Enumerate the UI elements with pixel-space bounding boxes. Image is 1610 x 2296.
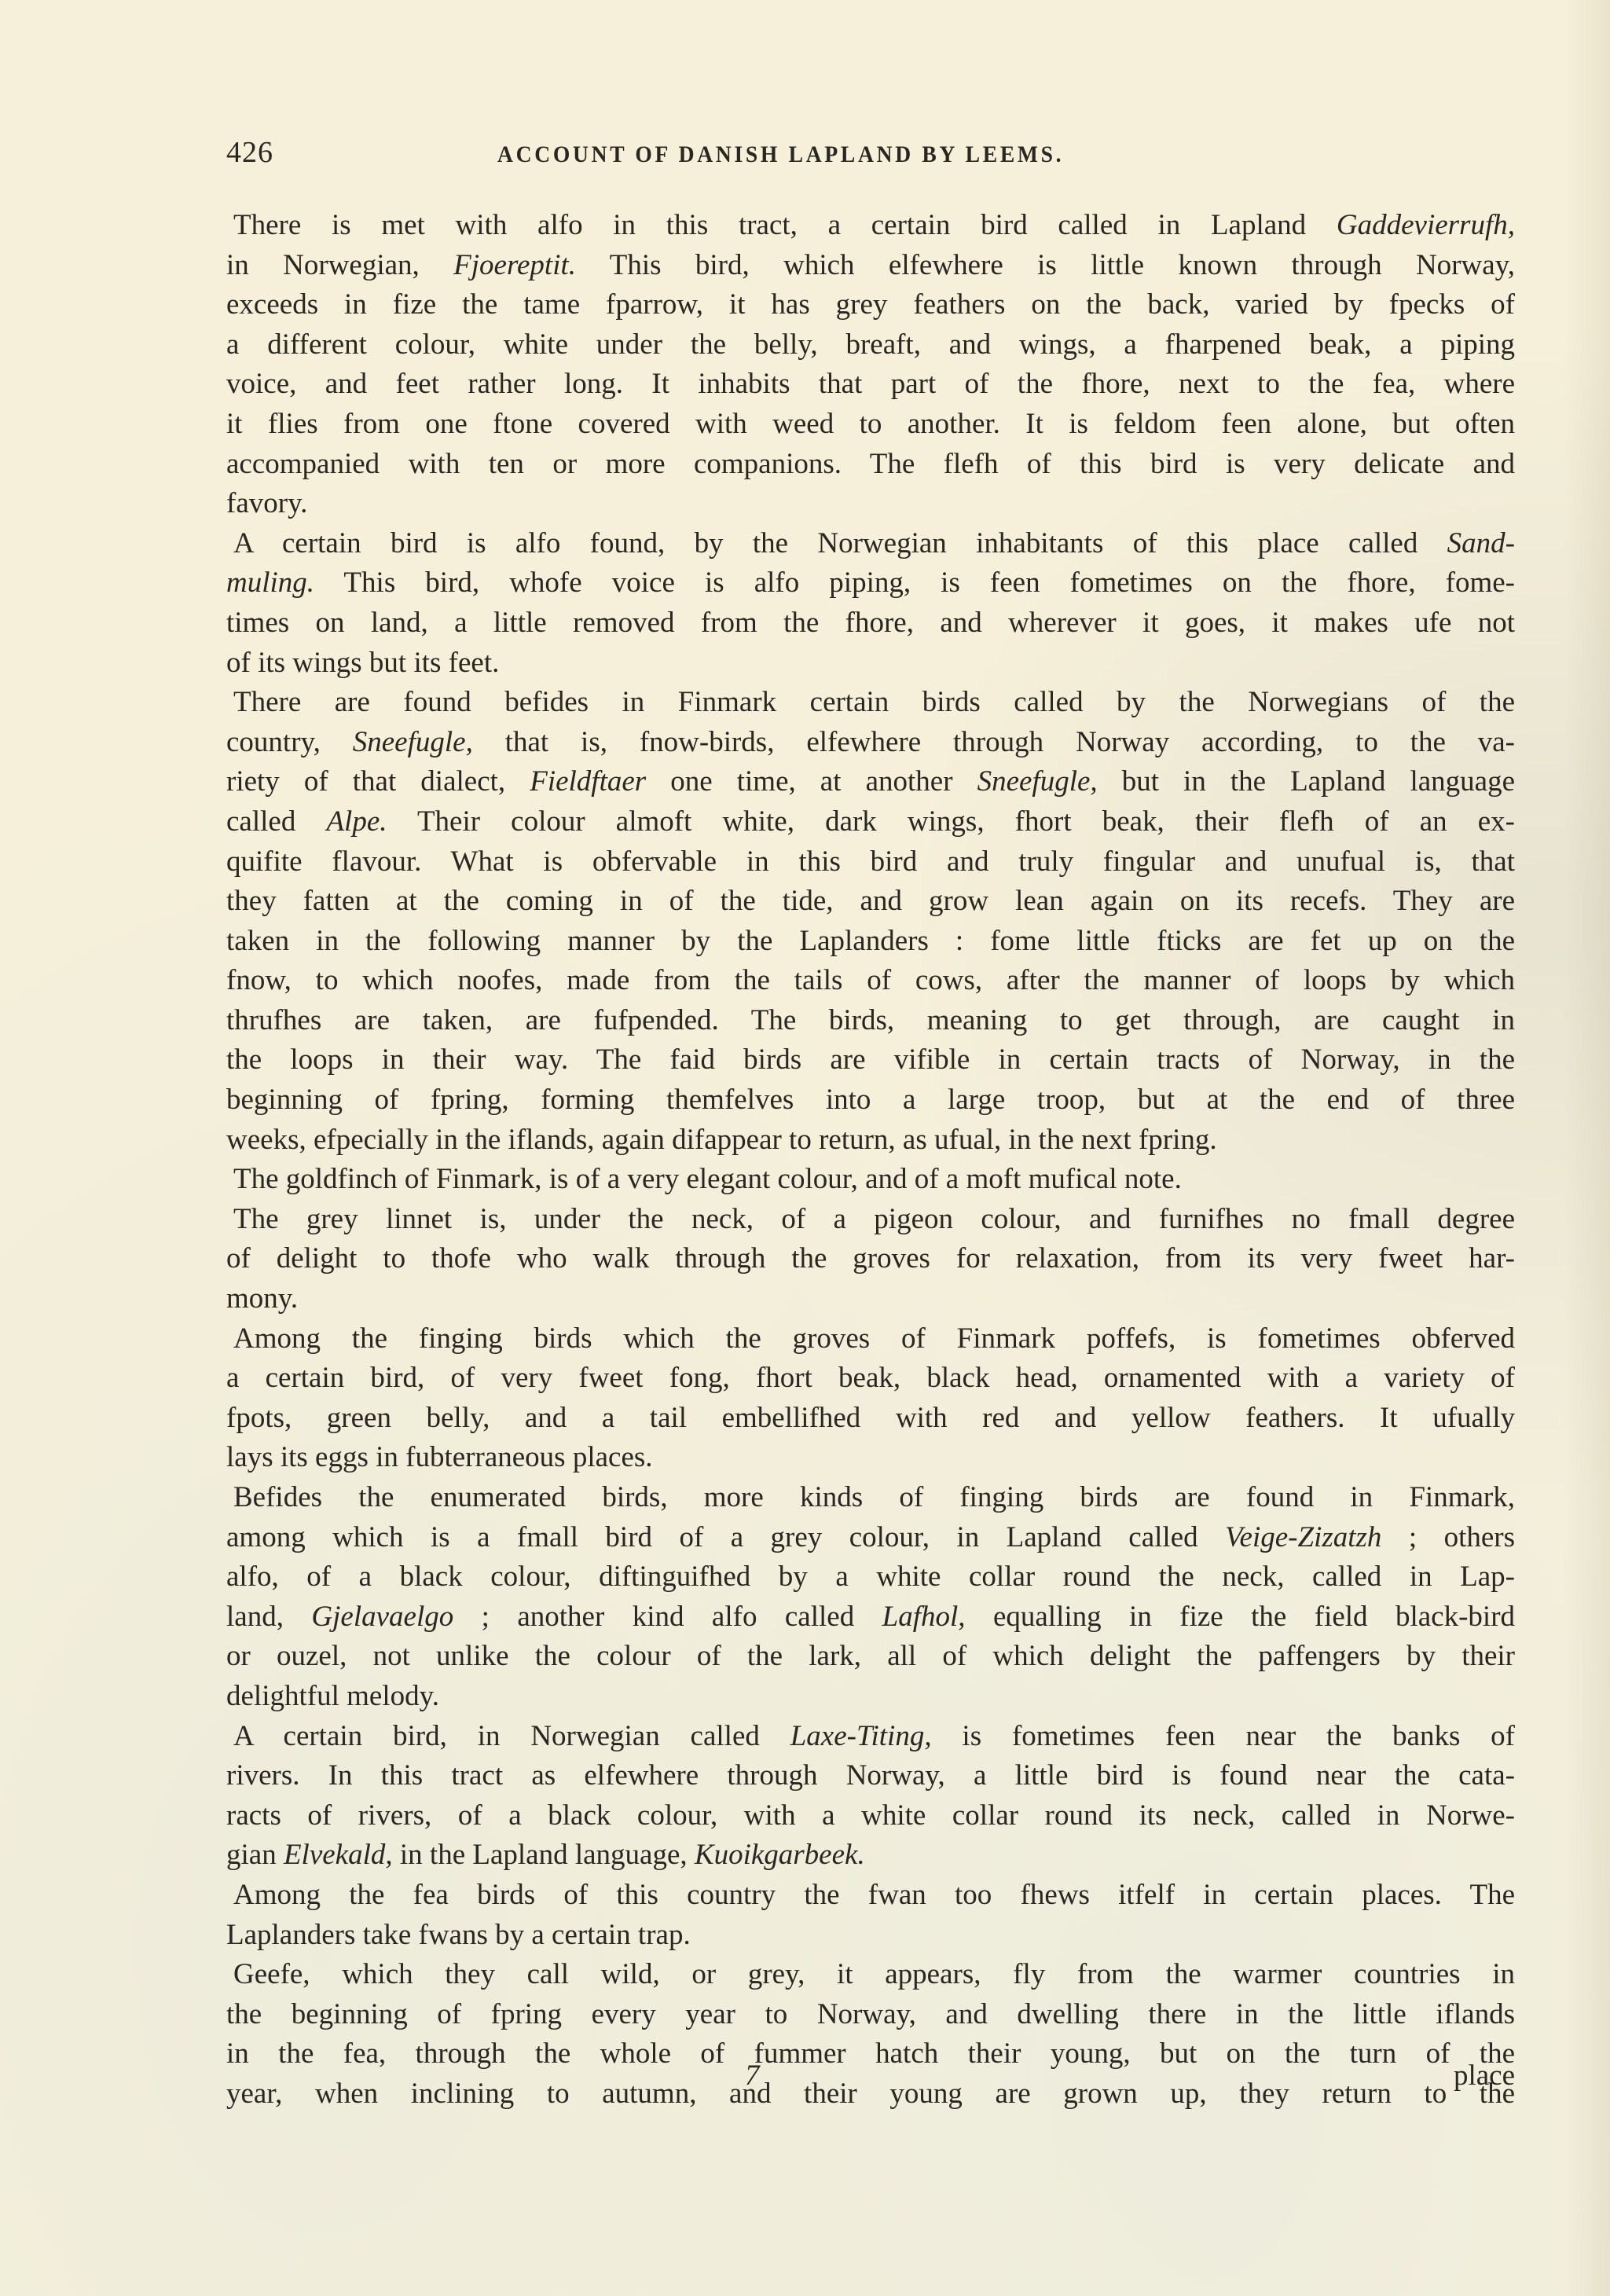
- text-line: The goldfinch of Finmark, is of a very e…: [226, 1160, 1515, 1200]
- text-run: times on land, a little removed from the…: [226, 607, 1515, 639]
- text-run: of its wings but its feet.: [226, 647, 499, 679]
- text-line: weeks, efpecially in the iflands, again …: [226, 1120, 1515, 1161]
- text-line: fpots, green belly, and a tail embellifh…: [226, 1399, 1515, 1439]
- text-line: or ouzel, not unlike the colour of the l…: [226, 1637, 1515, 1677]
- text-run: riety of that dialect,: [226, 765, 530, 798]
- text-line: times on land, a little removed from the…: [226, 603, 1515, 644]
- text-run: delightful melody.: [226, 1680, 439, 1712]
- text-line: of delight to thofe who walk through the…: [226, 1239, 1515, 1279]
- text-run: A certain bird, in Norwegian called: [233, 1720, 790, 1752]
- running-title: ACCOUNT OF DANISH LAPLAND BY LEEMS.: [497, 141, 1064, 168]
- text-run: This bird, which elfewhere is little kno…: [576, 249, 1515, 281]
- text-run: Laplanders take fwans by a certain trap.: [226, 1919, 691, 1951]
- text-line: voice, and feet rather long. It inhabits…: [226, 365, 1515, 405]
- text-line: the beginning of fpring every year to No…: [226, 1995, 1515, 2035]
- text-line: There is met with alfo in this tract, a …: [226, 206, 1515, 246]
- text-run: it flies from one ftone covered with wee…: [226, 408, 1515, 440]
- text-run: The goldfinch of Finmark, is of a very e…: [233, 1163, 1182, 1195]
- text-line: Laplanders take fwans by a certain trap.: [226, 1916, 1515, 1956]
- text-run: called: [226, 805, 326, 838]
- text-line: A certain bird, in Norwegian called Laxe…: [226, 1717, 1515, 1757]
- text-run: accompanied with ten or more companions.…: [226, 448, 1515, 480]
- text-line: among which is a fmall bird of a grey co…: [226, 1518, 1515, 1558]
- text-run: but in the Lapland language: [1098, 765, 1515, 798]
- text-line: favory.: [226, 484, 1515, 524]
- text-run: voice, and feet rather long. It inhabits…: [226, 368, 1515, 400]
- text-run: one time, at another: [646, 765, 977, 798]
- text-run: among which is a fmall bird of a grey co…: [226, 1521, 1225, 1553]
- italic-term: Fjoereptit.: [453, 249, 576, 281]
- text-line: quifite flavour. What is obfervable in t…: [226, 842, 1515, 882]
- text-run: thrufhes are taken, are fufpended. The b…: [226, 1004, 1515, 1036]
- signature-mark: 7: [745, 2059, 760, 2092]
- text-run: taken in the following manner by the Lap…: [226, 925, 1515, 957]
- text-line: a different colour, white under the bell…: [226, 325, 1515, 365]
- text-run: Among the fea birds of this country the …: [233, 1879, 1515, 1911]
- page-edge-shadow: [1563, 0, 1610, 2296]
- running-header: 426 ACCOUNT OF DANISH LAPLAND BY LEEMS.: [226, 135, 1515, 174]
- text-line: thrufhes are taken, are fufpended. The b…: [226, 1001, 1515, 1041]
- text-run: in the Lapland language,: [393, 1839, 695, 1871]
- text-line: the loops in their way. The faid birds a…: [226, 1040, 1515, 1080]
- text-line: of its wings but its feet.: [226, 644, 1515, 684]
- text-line: There are found befides in Finmark certa…: [226, 683, 1515, 723]
- text-line: A certain bird is alfo found, by the Nor…: [226, 524, 1515, 564]
- text-run: exceeds in fize the tame fparrow, it has…: [226, 288, 1515, 321]
- italic-term: muling.: [226, 567, 314, 599]
- italic-term: Veige-Zizatzh: [1225, 1521, 1381, 1553]
- text-line: Geefe, which they call wild, or grey, it…: [226, 1955, 1515, 1995]
- text-line: it flies from one ftone covered with wee…: [226, 405, 1515, 445]
- italic-term: Fieldftaer: [530, 765, 646, 798]
- text-run: favory.: [226, 487, 307, 519]
- italic-term: Sand-: [1447, 527, 1515, 559]
- text-run: that is, fnow-birds, elfewhere through N…: [473, 726, 1515, 758]
- text-run: the beginning of fpring every year to No…: [226, 1998, 1515, 2030]
- text-line: accompanied with ten or more companions.…: [226, 445, 1515, 485]
- text-line: exceeds in fize the tame fparrow, it has…: [226, 285, 1515, 325]
- text-run: Their colour almoft white, dark wings, f…: [387, 805, 1516, 838]
- text-run: weeks, efpecially in the iflands, again …: [226, 1124, 1217, 1156]
- italic-term: Sneefugle,: [977, 765, 1098, 798]
- text-line: called Alpe. Their colour almoft white, …: [226, 802, 1515, 842]
- text-run: The grey linnet is, under the neck, of a…: [233, 1203, 1515, 1235]
- text-run: beginning of fpring, forming themfelves …: [226, 1084, 1515, 1116]
- text-run: equalling in fize the field black-bird: [966, 1601, 1515, 1633]
- italic-term: Elvekald,: [284, 1839, 393, 1871]
- text-run: Befides the enumerated birds, more kinds…: [233, 1481, 1515, 1513]
- text-line: mony.: [226, 1279, 1515, 1319]
- text-run: quifite flavour. What is obfervable in t…: [226, 845, 1515, 878]
- text-run: they fatten at the coming in of the tide…: [226, 885, 1515, 917]
- text-run: the loops in their way. The faid birds a…: [226, 1043, 1515, 1076]
- text-line: The grey linnet is, under the neck, of a…: [226, 1200, 1515, 1240]
- text-run: land,: [226, 1601, 311, 1633]
- text-run: a certain bird, of very fweet fong, fhor…: [226, 1362, 1515, 1394]
- page-footer: 7 place: [226, 2059, 1515, 2098]
- text-line: lays its eggs in fubterraneous places.: [226, 1438, 1515, 1478]
- book-page: 426 ACCOUNT OF DANISH LAPLAND BY LEEMS. …: [0, 0, 1610, 2296]
- text-run: ; another kind alfo called: [453, 1601, 882, 1633]
- italic-term: Gjelavaelgo: [311, 1601, 453, 1633]
- italic-term: Lafhol,: [882, 1601, 966, 1633]
- text-run: country,: [226, 726, 353, 758]
- text-line: delightful melody.: [226, 1677, 1515, 1717]
- text-line: land, Gjelavaelgo ; another kind alfo ca…: [226, 1597, 1515, 1638]
- body-text: There is met with alfo in this tract, a …: [226, 206, 1515, 2114]
- text-run: Among the finging birds which the groves…: [233, 1322, 1515, 1355]
- text-run: racts of rivers, of a black colour, with…: [226, 1799, 1515, 1832]
- text-run: or ouzel, not unlike the colour of the l…: [226, 1640, 1515, 1672]
- text-line: beginning of fpring, forming themfelves …: [226, 1080, 1515, 1120]
- italic-term: Gaddevierrufh,: [1337, 209, 1515, 241]
- text-line: a certain bird, of very fweet fong, fhor…: [226, 1359, 1515, 1399]
- text-line: Among the fea birds of this country the …: [226, 1876, 1515, 1916]
- text-line: they fatten at the coming in of the tide…: [226, 882, 1515, 922]
- text-run: A certain bird is alfo found, by the Nor…: [233, 527, 1447, 559]
- text-run: in Norwegian,: [226, 249, 453, 281]
- text-run: There are found befides in Finmark certa…: [233, 686, 1515, 718]
- text-line: rivers. In this tract as elfewhere throu…: [226, 1756, 1515, 1796]
- text-line: Among the finging birds which the groves…: [226, 1319, 1515, 1359]
- text-run: of delight to thofe who walk through the…: [226, 1242, 1515, 1275]
- text-line: taken in the following manner by the Lap…: [226, 922, 1515, 962]
- text-line: fnow, to which noofes, made from the tai…: [226, 961, 1515, 1001]
- text-line: Befides the enumerated birds, more kinds…: [226, 1478, 1515, 1518]
- text-run: a different colour, white under the bell…: [226, 328, 1515, 361]
- text-run: fnow, to which noofes, made from the tai…: [226, 964, 1515, 996]
- text-run: is fometimes feen near the banks of: [932, 1720, 1515, 1752]
- text-line: in Norwegian, Fjoereptit. This bird, whi…: [226, 246, 1515, 286]
- text-run: There is met with alfo in this tract, a …: [233, 209, 1337, 241]
- text-line: country, Sneefugle, that is, fnow-birds,…: [226, 723, 1515, 763]
- text-line: alfo, of a black colour, diftinguifhed b…: [226, 1557, 1515, 1597]
- text-line: riety of that dialect, Fieldftaer one ti…: [226, 762, 1515, 802]
- text-run: lays its eggs in fubterraneous places.: [226, 1441, 653, 1473]
- italic-term: Alpe.: [326, 805, 387, 838]
- text-run: gian: [226, 1839, 284, 1871]
- text-run: mony.: [226, 1282, 298, 1315]
- catchword: place: [1454, 2059, 1515, 2092]
- text-run: Geefe, which they call wild, or grey, it…: [233, 1958, 1515, 1990]
- text-line: muling. This bird, whofe voice is alfo p…: [226, 563, 1515, 603]
- text-line: racts of rivers, of a black colour, with…: [226, 1796, 1515, 1836]
- text-run: This bird, whofe voice is alfo piping, i…: [314, 567, 1515, 599]
- italic-term: Laxe-Titing,: [790, 1720, 932, 1752]
- text-run: fpots, green belly, and a tail embellifh…: [226, 1402, 1515, 1434]
- page-number: 426: [226, 135, 273, 170]
- text-run: rivers. In this tract as elfewhere throu…: [226, 1759, 1515, 1792]
- italic-term: Sneefugle,: [353, 726, 473, 758]
- text-run: alfo, of a black colour, diftinguifhed b…: [226, 1561, 1515, 1593]
- text-run: ; others: [1381, 1521, 1515, 1553]
- text-line: gian Elvekald, in the Lapland language, …: [226, 1836, 1515, 1876]
- italic-term: Kuoikgarbeek.: [695, 1839, 865, 1871]
